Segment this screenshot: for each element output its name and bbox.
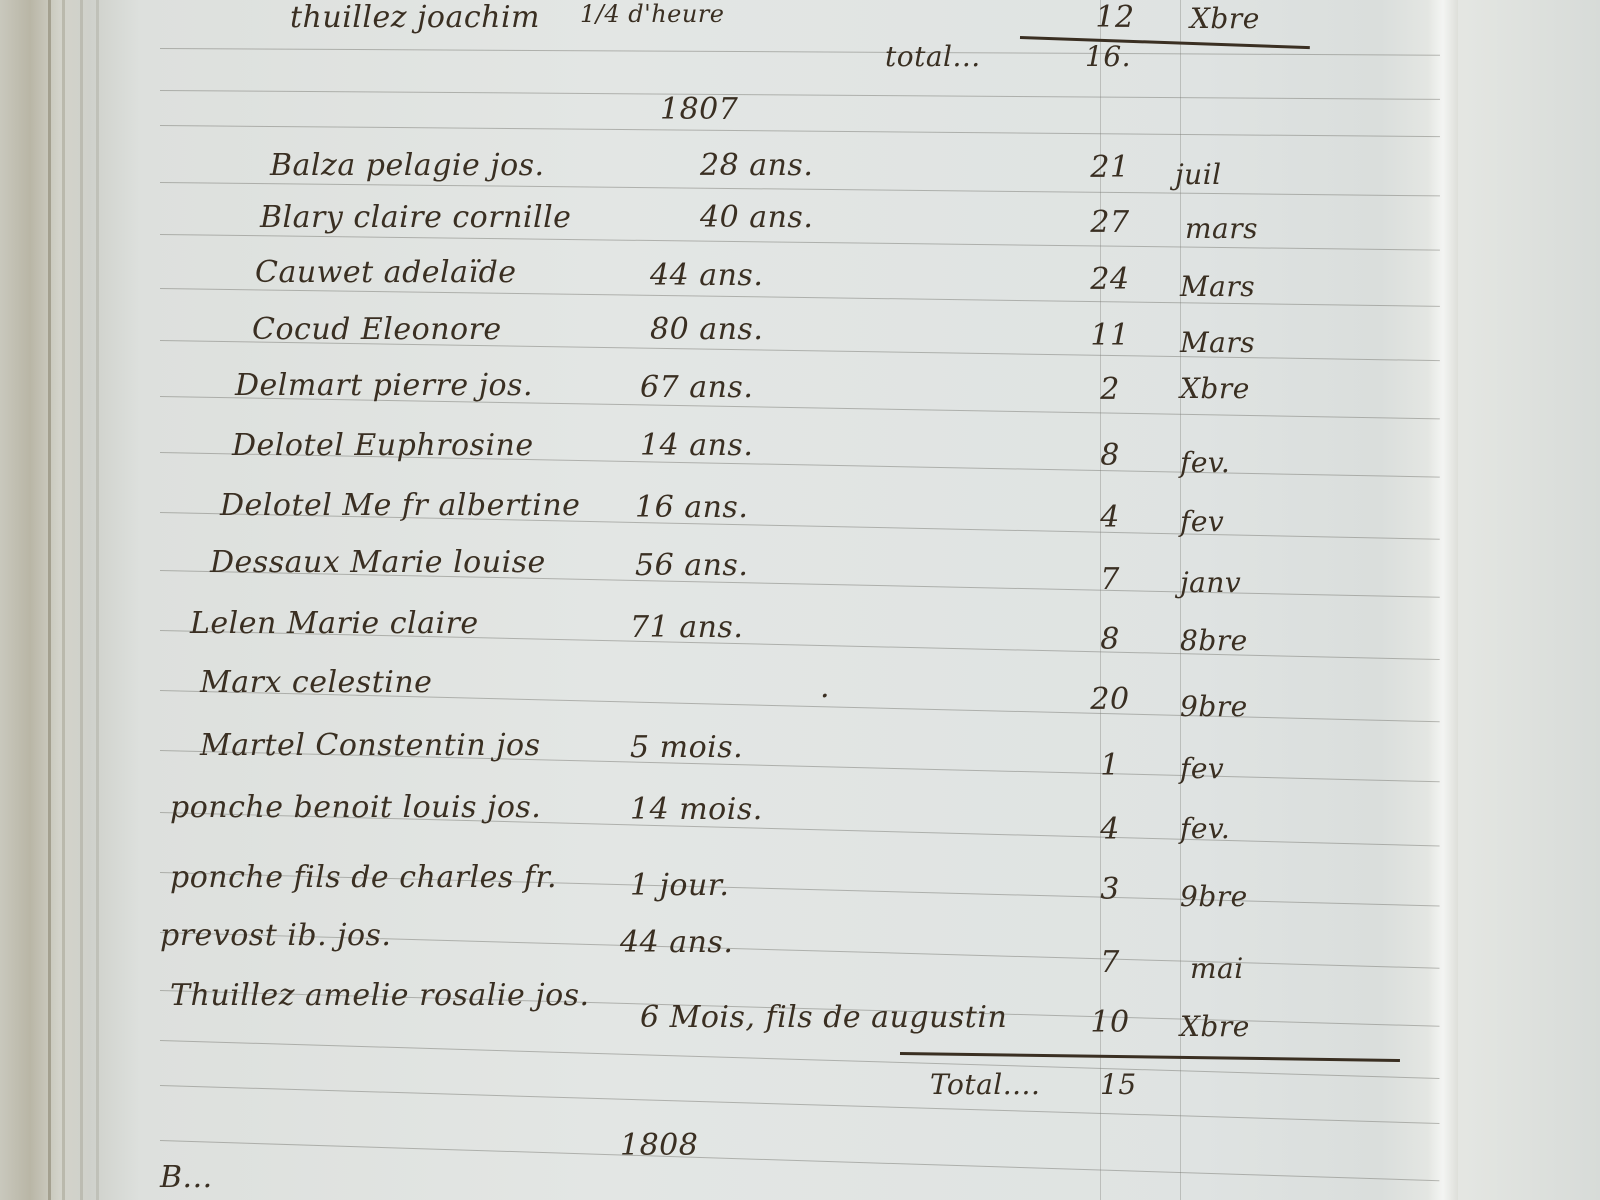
entry-age: 6 Mois, fils de augustin	[640, 1000, 1007, 1035]
entry-age: 40 ans.	[700, 200, 813, 235]
total-value: 16.	[1085, 40, 1131, 73]
entry-month: janv	[1180, 566, 1241, 599]
ruled-line	[160, 1140, 1439, 1181]
entry-day: 7	[1075, 562, 1145, 597]
entry-name: Martel Constentin jos	[200, 728, 541, 763]
entry-day: 3	[1075, 872, 1145, 907]
entry-name: Thuillez amelie rosalie jos.	[170, 978, 590, 1013]
entry-month: Mars	[1180, 270, 1255, 303]
entry-month: 9bre	[1180, 690, 1248, 723]
entry-name: Dessaux Marie louise	[210, 545, 546, 580]
entry-age: 67 ans.	[640, 370, 753, 405]
entry-month: mai	[1190, 952, 1244, 985]
entry-name: Blary claire cornille	[260, 200, 571, 235]
page-edge	[48, 0, 51, 1200]
entry-age: 44 ans.	[620, 925, 733, 960]
entry-day: 24	[1075, 262, 1145, 297]
entry-name: ponche fils de charles fr.	[170, 860, 557, 895]
entry-age: 44 ans.	[650, 258, 763, 293]
entry-name: Delotel Euphrosine	[232, 428, 534, 463]
entry-day: 21	[1075, 150, 1145, 185]
page-edge	[96, 0, 99, 1200]
total-label: total...	[885, 40, 981, 73]
page-edge	[62, 0, 65, 1200]
entry-age: 1/4 d'heure	[580, 0, 725, 28]
entry-month: juil	[1175, 158, 1222, 191]
entry-day: 10	[1075, 1005, 1145, 1040]
entry-name: thuillez joachim	[290, 0, 540, 35]
entry-name: Lelen Marie claire	[190, 606, 479, 641]
entry-age: 5 mois.	[630, 730, 743, 765]
entry-age: 80 ans.	[650, 312, 763, 347]
entry-day: 8	[1075, 438, 1145, 473]
entry-name: Cauwet adelaïde	[255, 255, 517, 290]
entry-age: 28 ans.	[700, 148, 813, 183]
year-heading: 1808	[620, 1128, 698, 1163]
entry-day: 11	[1075, 318, 1145, 353]
entry-month: 9bre	[1180, 880, 1248, 913]
total-value: 15	[1100, 1068, 1137, 1101]
total-underline	[900, 1052, 1400, 1062]
entry-age: 14 mois.	[630, 792, 763, 827]
entry-day: 2	[1075, 372, 1145, 407]
entry-age: 71 ans.	[630, 610, 743, 645]
entry-name: Balza pelagie jos.	[270, 148, 545, 183]
entry-name: ponche benoit louis jos.	[170, 790, 541, 825]
entry-month: Xbre	[1190, 2, 1260, 35]
total-label: Total....	[930, 1068, 1040, 1101]
entry-day: 12	[1080, 0, 1150, 35]
entry-age: .	[820, 670, 830, 705]
entry-month: Xbre	[1180, 372, 1250, 405]
page-edge	[80, 0, 83, 1200]
entry-day: 20	[1075, 682, 1145, 717]
total-underline	[1020, 36, 1310, 49]
entry-month: Mars	[1180, 326, 1255, 359]
entry-month: fev	[1180, 505, 1224, 538]
entry-name: Delotel Me fr albertine	[220, 488, 580, 523]
ruled-line	[160, 125, 1440, 137]
entry-month: fev	[1180, 752, 1224, 785]
entry-month: 8bre	[1180, 624, 1248, 657]
entry-name: B...	[160, 1160, 213, 1195]
entry-month: fev.	[1180, 812, 1230, 845]
entry-day: 4	[1075, 500, 1145, 535]
year-heading: 1807	[660, 92, 738, 127]
entry-day: 4	[1075, 812, 1145, 847]
register-page: thuillez joachim 1/4 d'heure 12 Xbre tot…	[140, 0, 1440, 1200]
entry-month: Xbre	[1180, 1010, 1250, 1043]
entry-day: 7	[1075, 945, 1145, 980]
entry-month: mars	[1185, 212, 1258, 245]
entry-name: Cocud Eleonore	[252, 312, 502, 347]
entry-age: 14 ans.	[640, 428, 753, 463]
entry-day: 1	[1075, 748, 1145, 783]
entry-age: 16 ans.	[635, 490, 748, 525]
entry-name: Marx celestine	[200, 665, 432, 700]
entry-day: 8	[1075, 622, 1145, 657]
entry-age: 1 jour.	[630, 868, 729, 903]
entry-name: Delmart pierre jos.	[235, 368, 533, 403]
entry-day: 27	[1075, 205, 1145, 240]
ruled-line	[160, 48, 1440, 56]
ruled-line	[160, 182, 1440, 196]
ruled-line	[160, 1085, 1439, 1124]
entry-month: fev.	[1180, 446, 1230, 479]
entry-name: prevost ib. jos.	[160, 918, 391, 953]
ruled-line	[160, 90, 1440, 100]
entry-age: 56 ans.	[635, 548, 748, 583]
